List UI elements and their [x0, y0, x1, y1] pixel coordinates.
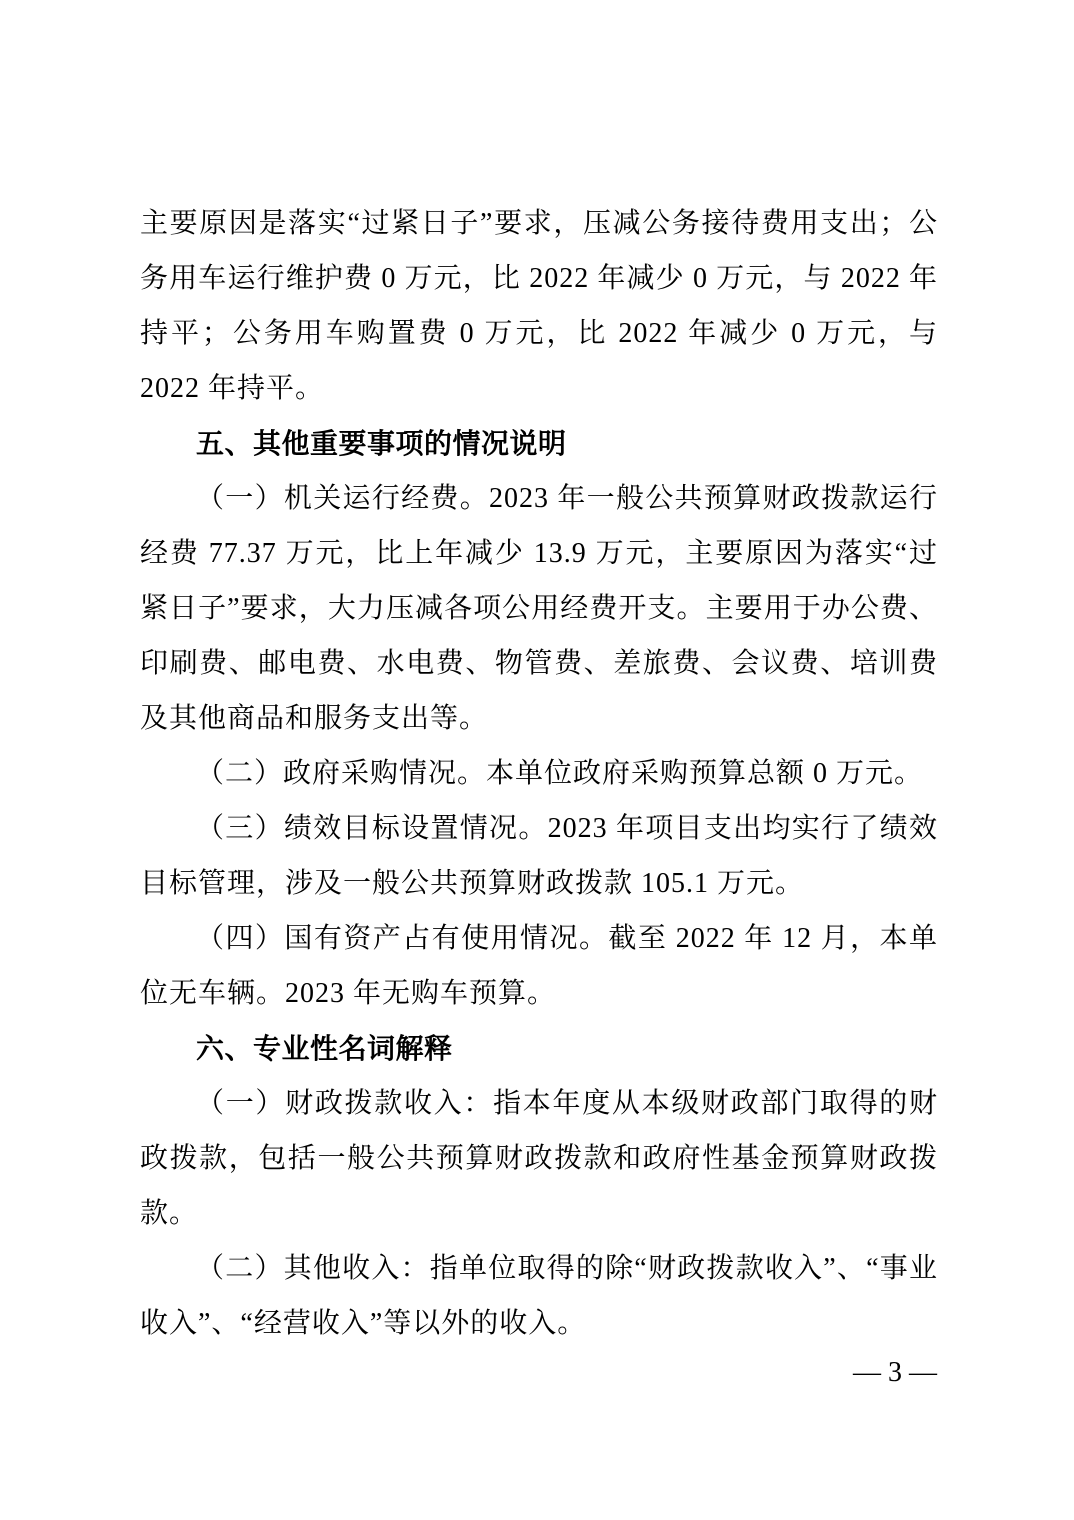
paragraph-agency-operating-expenses: （一）机关运行经费。2023 年一般公共预算财政拨款运行经费 77.37 万元，…: [140, 471, 938, 746]
paragraph-government-procurement: （二）政府采购情况。本单位政府采购预算总额 0 万元。: [140, 746, 938, 801]
paragraph-other-income: （二）其他收入：指单位取得的除“财政拨款收入”、“事业收入”、“经营收入”等以外…: [140, 1241, 938, 1351]
section-heading-terminology: 六、专业性名词解释: [140, 1021, 938, 1076]
paragraph-performance-targets: （三）绩效目标设置情况。2023 年项目支出均实行了绩效目标管理，涉及一般公共预…: [140, 801, 938, 911]
section-heading-other-important-matters: 五、其他重要事项的情况说明: [140, 416, 938, 471]
document-body: 主要原因是落实“过紧日子”要求，压减公务接待费用支出；公务用车运行维护费 0 万…: [140, 196, 938, 1351]
paragraph-continuation: 主要原因是落实“过紧日子”要求，压减公务接待费用支出；公务用车运行维护费 0 万…: [140, 196, 938, 416]
page-number: — 3 —: [853, 1358, 937, 1388]
document-page: 主要原因是落实“过紧日子”要求，压减公务接待费用支出；公务用车运行维护费 0 万…: [0, 0, 1074, 1520]
paragraph-state-assets: （四）国有资产占有使用情况。截至 2022 年 12 月，本单位无车辆。2023…: [140, 911, 938, 1021]
paragraph-fiscal-appropriation-income: （一）财政拨款收入：指本年度从本级财政部门取得的财政拨款，包括一般公共预算财政拨…: [140, 1076, 938, 1241]
